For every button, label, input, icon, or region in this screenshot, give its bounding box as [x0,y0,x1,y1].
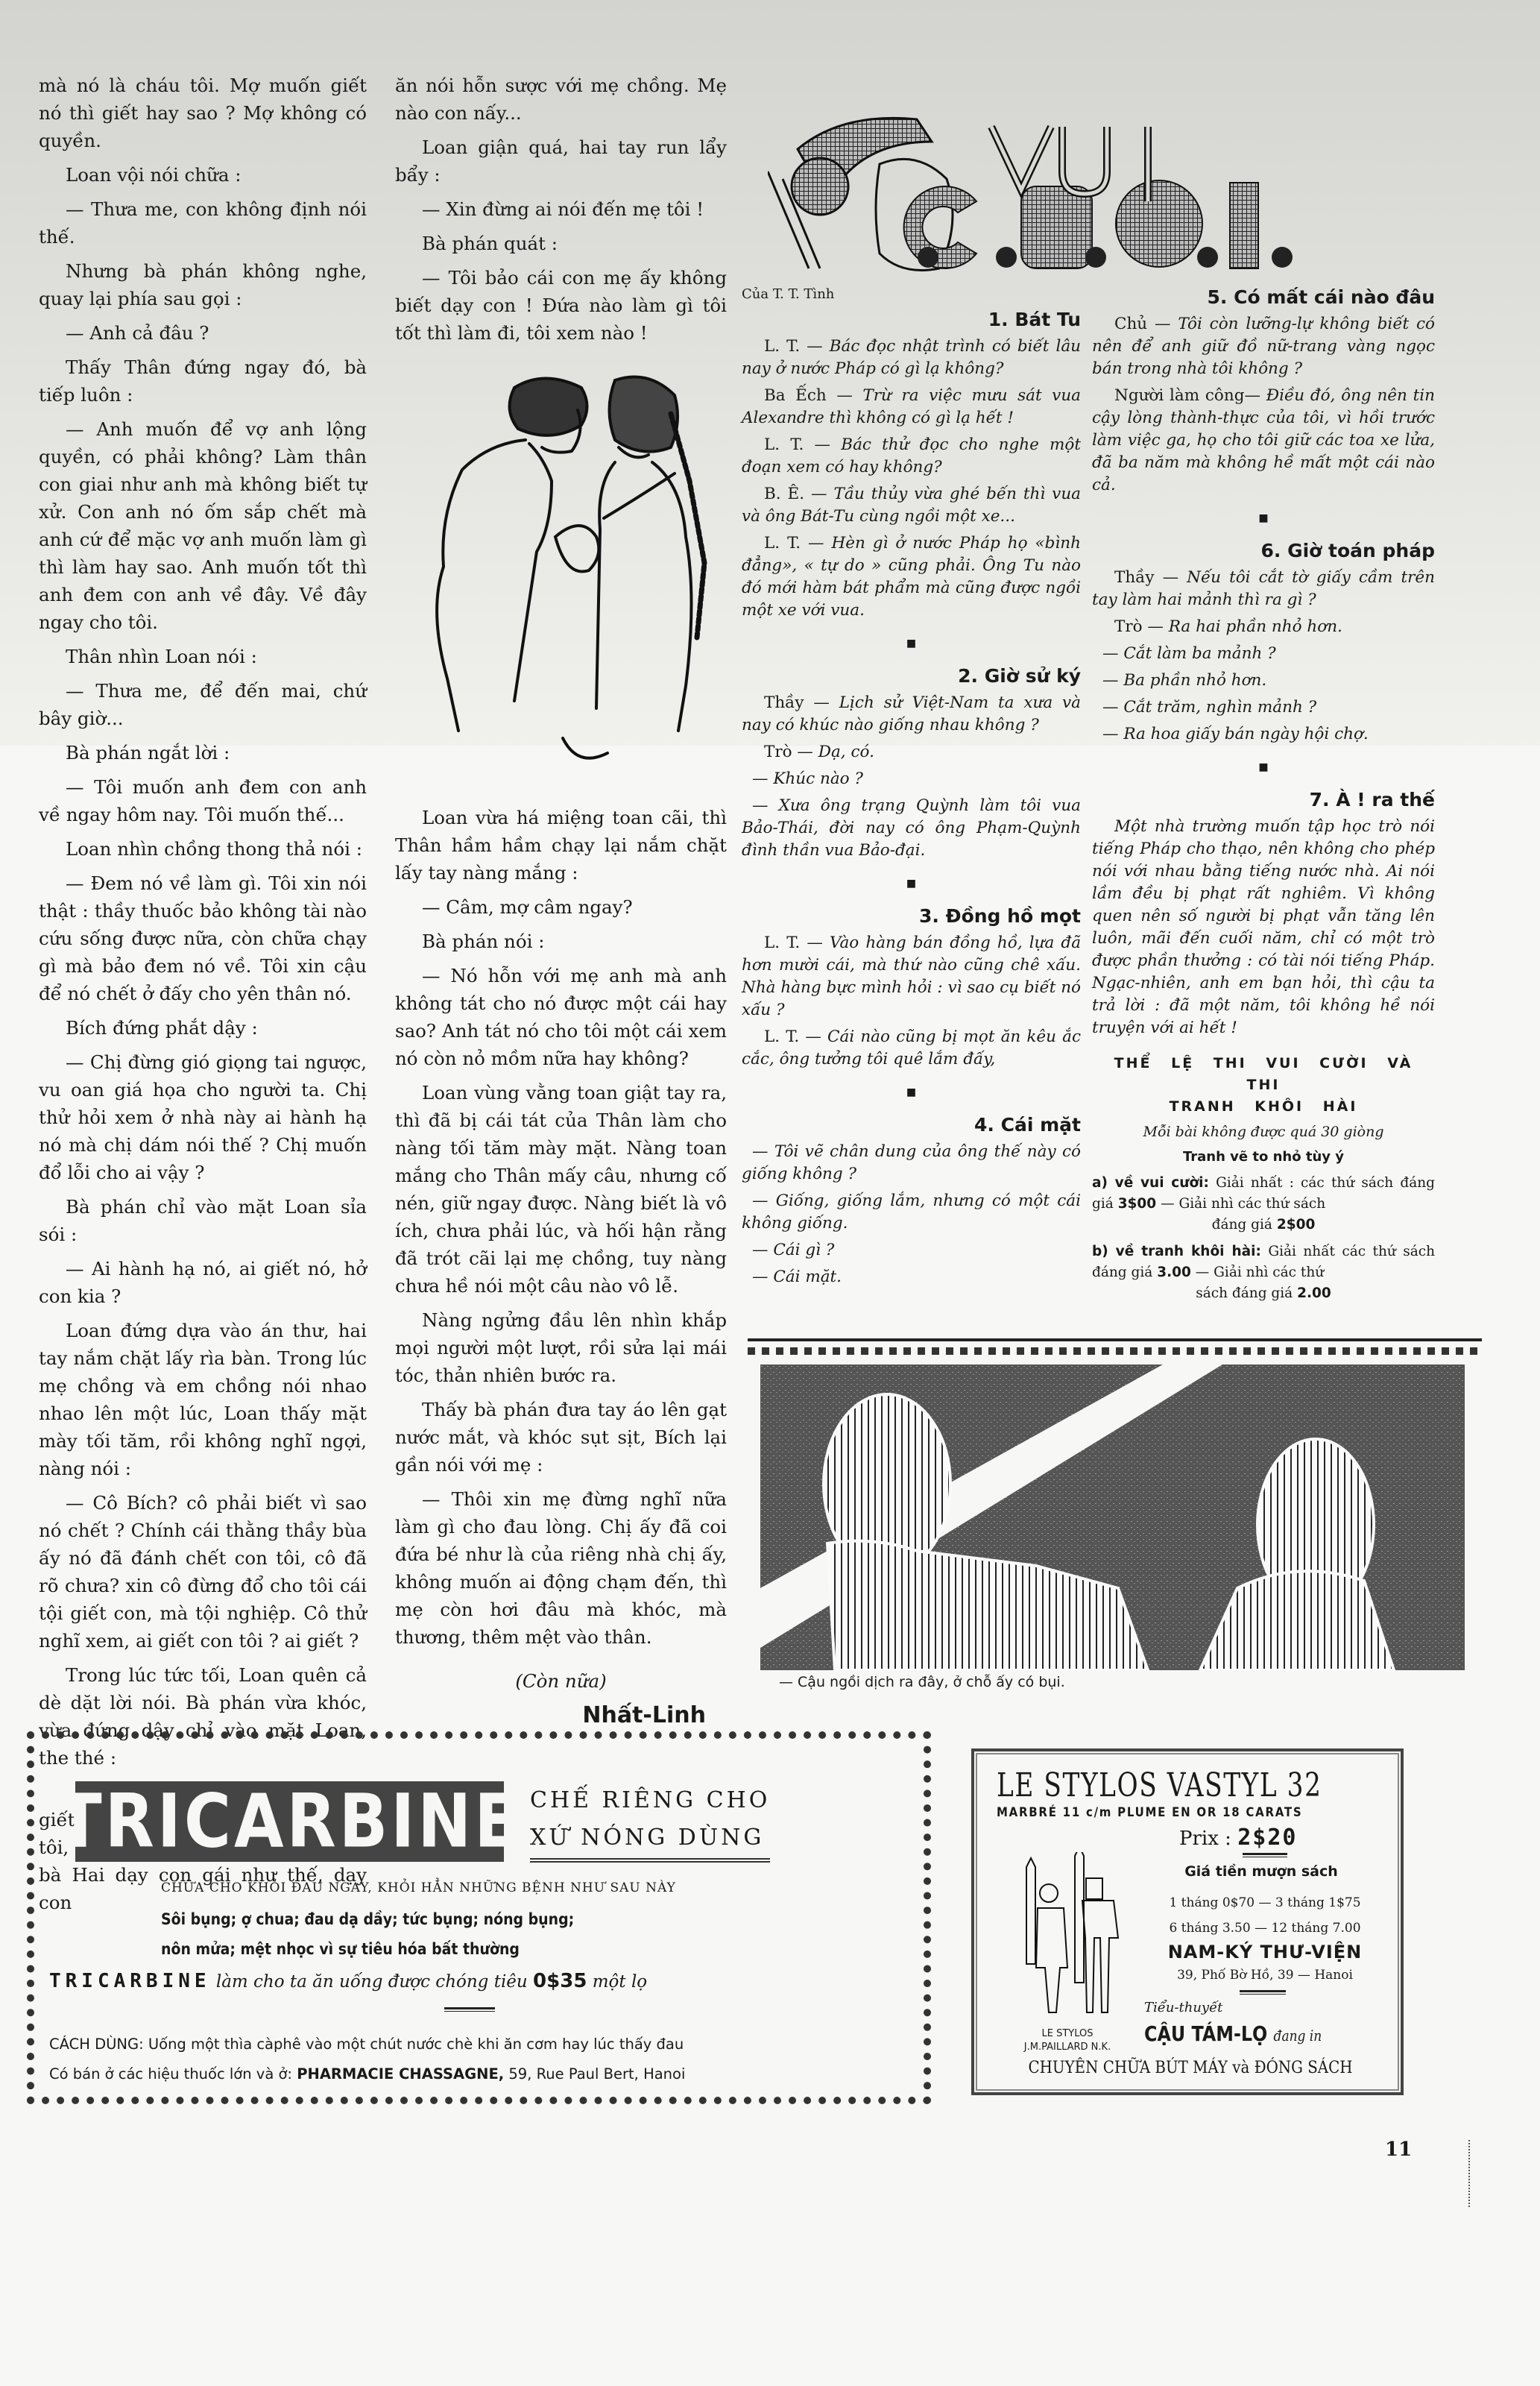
joke-line: — Cái gì ? [742,1239,1081,1262]
joke-line: — Giống, giống lắm, nhưng có một cái khô… [742,1190,1081,1235]
separator-icon: ■ [1092,756,1435,778]
tricarbine-tagline: CHẾ RIÊNG CHOXỨ NÓNG DÙNG [530,1782,770,1863]
joke-line: L. T. — Bác thử đọc cho nghe một đoạn xe… [742,434,1081,479]
joke-line: — Ra hoa giấy bán ngày hội chợ. [1092,723,1435,746]
novel-title: CẬU TÁM-LỌ đang in [1144,2021,1322,2046]
joke-line: L. T. — Hèn gì ở nước Pháp họ «bình đẳng… [742,532,1081,622]
tricarbine-symptoms: Sôi bụng; ợ chua; đau dạ dầy; tức bụng; … [161,1904,590,1964]
divider [1240,1990,1286,1995]
paragraph: — Câm, mợ câm ngay? [395,893,727,921]
vui-cuoi-masthead: VUI CƯỜI [768,97,1461,276]
paragraph: Loan đứng dựa vào án thư, hai tay nắm ch… [39,1317,367,1482]
byline: Của T. T. Tình [742,283,1081,306]
joke-line: L. T. — Cái nào cũng bị mọt ăn kêu ắc cắ… [742,1026,1081,1071]
joke-line: — Tôi vẽ chân dung của ông thế này có gi… [742,1141,1081,1186]
rental-rates: 1 tháng 0$70 — 3 tháng 1$75 6 tháng 3.50… [1142,1890,1388,1941]
paragraph: — Đem nó về làm gì. Tôi xin nói thật : t… [39,869,367,1007]
paragraph: Bà phán ngắt lời : [39,739,367,767]
repair-service: CHUYÊN CHỮA BÚT MÁY và ĐÓNG SÁCH [1016,2059,1365,2077]
paragraph: Loan nhìn chồng thong thả nói : [39,835,367,863]
joke-line: — Cắt làm ba mảnh ? [1092,643,1435,665]
paragraph: — Thưa me, để đến mai, chứ bây giờ... [39,677,367,732]
paragraph: — Chị đừng gió giọng tai ngược, vu oan g… [39,1048,367,1186]
joke-line: Chủ — Tôi còn lưỡng-lự không biết có nên… [1092,313,1435,380]
margin-rule [1468,2140,1470,2207]
masthead-text: VUI CƯỜI [768,97,829,100]
joke-line: Thầy — Nếu tôi cắt tờ giấy cầm trên tay … [1092,567,1435,611]
separator-icon: ■ [1092,507,1435,529]
continued-note: (Còn nữa) [395,1667,727,1695]
paragraph: — Anh cả đâu ? [39,319,367,347]
paragraph: — Ai hành hạ nó, ai giết nó, hở con kia … [39,1255,367,1310]
joke-title: 4. Cái mặt [742,1114,1081,1136]
separator-icon: ■ [742,872,1081,895]
contest-item-a: a) về vui cười: Giải nhất : các thứ sách… [1092,1173,1435,1236]
contest-drawing: Tranh vẽ to nhỏ tùy ý [1092,1146,1435,1168]
novel-column-1: mà nó là cháu tôi. Mợ muốn giết nó thì g… [39,72,367,1923]
paragraph: Thấy bà phán đưa tay áo lên gạt nước mắt… [395,1396,727,1479]
novel-illustration [406,350,719,768]
joke-line: Một nhà trường muốn tập học trò nói tiến… [1092,816,1435,1039]
stylos-subtitle: MARBRÉ 11 c/m PLUME EN OR 18 CARATS [997,1805,1302,1820]
joke-title: 6. Giờ toán pháp [1092,540,1435,562]
joke-line: Thầy — Lịch sử Việt-Nam ta xưa và nay có… [742,692,1081,737]
paragraph: Loan vừa há miệng toan cãi, thì Thân hầm… [395,804,727,887]
library-name: NAM-KÝ THƯ-VIỆN [1142,1942,1388,1962]
paragraph: Thân nhìn Loan nói : [39,643,367,670]
tricarbine-ad: TRICARBINE CHẾ RIÊNG CHOXỨ NÓNG DÙNG CHỮ… [27,1731,931,2104]
paragraph: — Thưa me, con không định nói thế. [39,195,367,251]
page-number: 11 [1385,2138,1412,2161]
rental-title: Giá tiền mượn sách [1142,1863,1380,1880]
tricarbine-heading: CHỮA CHO KHỎI ĐAU NGAY, KHỎI HẲN NHỮNG B… [161,1880,676,1895]
joke-line: — Ba phần nhỏ hơn. [1092,670,1435,692]
paragraph: Bà phán chỉ vào mặt Loan sỉa sói : [39,1193,367,1248]
paragraph: Thấy Thân đứng ngay đó, bà tiếp luôn : [39,353,367,409]
pen-brand: LE STYLOSJ.M.PAILLARD N.K. [1004,2027,1131,2054]
paragraph: — Xin đừng ai nói đến mẹ tôi ! [395,195,727,223]
tricarbine-price-line: TRICARBINE làm cho ta ăn uống được chóng… [49,1970,914,1992]
joke-line: — Cắt trăm, nghìn mảnh ? [1092,696,1435,719]
jokes-column-left: Của T. T. Tình 1. Bát TuL. T. — Bác đọc … [742,283,1081,1293]
library-address: 39, Phố Bờ Hồ, 39 — Hanoi [1142,1968,1388,1983]
novel-column-2-bottom: Loan vừa há miệng toan cãi, thì Thân hầm… [395,804,727,1736]
cartoon-caption: — Cậu ngồi dịch ra đây, ở chỗ ấy có bụi. [779,1674,1065,1690]
separator-icon: ■ [742,1081,1081,1104]
joke-title: 7. À ! ra thế [1092,789,1435,811]
decorative-border [748,1338,1482,1355]
jokes-column-right: 5. Có mất cái nào đâuChủ — Tôi còn lưỡng… [1092,283,1435,1310]
tricarbine-logo: TRICARBINE [75,1781,504,1862]
masthead-lettering [904,127,1293,268]
joke-line: L. T. — Vào hàng bán đồng hồ, lựa đã hơn… [742,932,1081,1022]
paragraph: Nhưng bà phán không nghe, quay lại phía … [39,257,367,312]
paragraph: — Tôi bảo cái con mẹ ấy không biết dạy c… [395,264,727,347]
contest-item-b: b) về tranh khôi hài: Giải nhất các thứ … [1092,1241,1435,1304]
cartoon-illustration [760,1364,1465,1670]
paragraph: — Cô Bích? cô phải biết vì sao nó chết ?… [39,1489,367,1655]
joke-line: B. Ê. — Tầu thủy vừa ghé bến thì vua và … [742,483,1081,528]
paragraph: — Anh muốn để vợ anh lộng quyền, có phải… [39,415,367,636]
joke-line: Trò — Ra hai phần nhỏ hơn. [1092,616,1435,638]
contest-title: THỂ LỆ THI VUI CƯỜI VÀ THITRANH KHÔI HÀI [1092,1053,1435,1118]
joke-line: — Xưa ông trạng Quỳnh làm tôi vua Bảo-Th… [742,795,1081,862]
paragraph: Bà phán nói : [395,928,727,955]
separator-icon: ■ [742,632,1081,655]
joke-line: — Khúc nào ? [742,768,1081,790]
stylos-title: LE STYLOS VASTYL 32 [997,1766,1322,1804]
contest-rules: THỂ LỆ THI VUI CƯỜI VÀ THITRANH KHÔI HÀI… [1092,1053,1435,1304]
joke-line: Người làm công— Điều đó, ông nên tin cậy… [1092,385,1435,497]
novel-column-2-top: ăn nói hỗn sược với mẹ chồng. Mẹ nào con… [395,72,727,353]
paragraph: mà nó là cháu tôi. Mợ muốn giết nó thì g… [39,72,367,154]
paragraph: ăn nói hỗn sược với mẹ chồng. Mẹ nào con… [395,72,727,127]
joke-title: 1. Bát Tu [742,309,1081,331]
paragraph: Loan vội nói chữa : [39,161,367,189]
joke-title: 2. Giờ sử ký [742,665,1081,687]
joke-line: Ba Ếch — Trừ ra việc mưu sát vua Alexand… [742,385,1081,429]
joke-line: — Cái mặt. [742,1266,1081,1288]
divider [444,2007,495,2012]
paragraph: Loan giận quá, hai tay run lẩy bẩy : [395,133,727,189]
paragraph: Nàng ngửng đầu lên nhìn khắp mọi người m… [395,1306,727,1389]
pen-figures-illustration [1012,1852,1123,2020]
paragraph: Bà phán quát : [395,230,727,257]
stylos-ad: LE STYLOS VASTYL 32 MARBRÉ 11 c/m PLUME … [971,1748,1404,2095]
joke-title: 5. Có mất cái nào đâu [1092,286,1435,309]
paragraph: — Thôi xin mẹ đừng nghĩ nữa làm gì cho đ… [395,1485,727,1651]
contest-limit: Mỗi bài không được quá 30 giòng [1092,1121,1435,1143]
paragraph: — Tôi muốn anh đem con anh về ngay hôm n… [39,773,367,828]
paragraph: Loan vùng vằng toan giật tay ra, thì đã … [395,1079,727,1300]
paragraph: — Nó hỗn với mẹ anh mà anh không tát cho… [395,962,727,1072]
tricarbine-usage: CÁCH DÙNG: Uống một thìa càphê vào một c… [49,2030,914,2089]
joke-line: Trò — Dạ, có. [742,741,1081,764]
stylos-price: Prix : 2$20 [1179,1825,1297,1851]
novel-label: Tiểu-thuyết [1144,2000,1222,2015]
joke-title: 3. Đồng hồ mọt [742,905,1081,928]
divider [1243,1853,1287,1857]
tricarbine-price: 0$35 [533,1970,587,1992]
paragraph: Bích đứng phắt dậy : [39,1014,367,1042]
joke-line: L. T. — Bác đọc nhật trình có biết lâu n… [742,336,1081,380]
author-signature: Nhất-Linh [395,1702,727,1729]
